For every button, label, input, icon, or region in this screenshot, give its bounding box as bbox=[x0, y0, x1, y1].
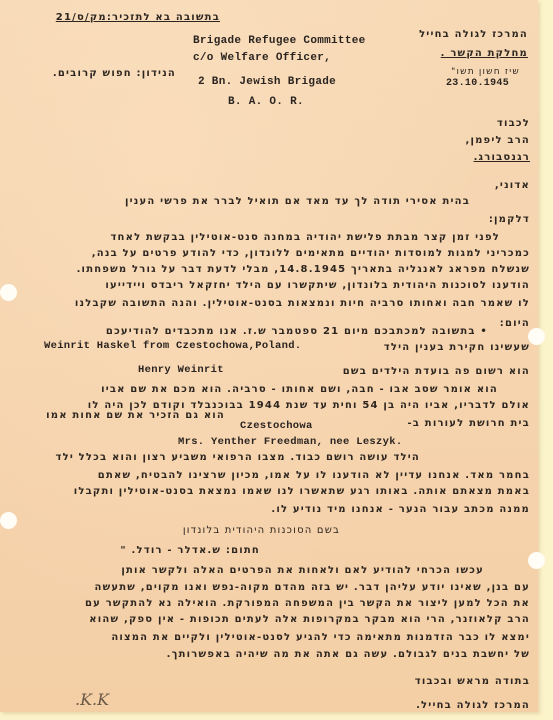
body-line: בחמר מאד. אנחנו עדיין לא הודענו לו על אמ… bbox=[18, 470, 530, 482]
hebrew-date: שיז חשון תשו" bbox=[420, 66, 520, 78]
body-line: עכשו הכרחי להודיע לאם ולאחות את הפרטים ה… bbox=[44, 565, 484, 577]
body-line: לו שאמר חבה ואחותו סרביה חיות ונמצאות בס… bbox=[18, 298, 530, 310]
body-line: הוא גם הזכיר את שם אחות אמו bbox=[35, 410, 225, 422]
city-english: Czestochowa bbox=[240, 420, 313, 432]
body-line: שעשינו חקירת בענין הילד bbox=[335, 342, 530, 354]
body-line: של יחשבת בנים לגבולם. עשה גם אתה את מה ש… bbox=[110, 649, 530, 661]
body-line: בית חרושת לעורות ב- bbox=[350, 418, 530, 430]
body-line: הוא אומר שסב אבו - חבה, ושם אחותו - סרבי… bbox=[18, 384, 498, 396]
letter-date: 23.10.1945 bbox=[446, 78, 509, 90]
signature-initials: .K.K bbox=[75, 690, 109, 709]
body-line: הילד עושה רושם כבוד. מצבו הרפואי משביע ר… bbox=[20, 452, 420, 464]
punch-hole bbox=[0, 284, 17, 301]
child-name-english: Weinrit Haskel from Czestochowa,Poland. bbox=[44, 340, 301, 352]
org-name: המרכז לגולה בחייל bbox=[400, 29, 528, 41]
body-line: באמת מצאתם אותה. באותו רגע שתאשרו לנו שא… bbox=[18, 486, 530, 498]
salutation: אדוני, bbox=[440, 180, 530, 192]
body-line: חתום: ש.אדלר - רודל. " bbox=[80, 545, 260, 557]
body-line: שנשלח מפראג לאנגליה בתאריך 14.8.1945, מב… bbox=[18, 264, 530, 276]
body-line: הרב קלאוזנר, הרי הוא מבקר במקרופות אלה ל… bbox=[40, 614, 530, 626]
closing-line-1: בתודה מראש ובכבוד bbox=[280, 676, 530, 688]
addressee-line-3: רגנסבורג. bbox=[440, 152, 530, 164]
intro-line: בהית אסירי תודה לך עד מאד אם תואיל לברר … bbox=[60, 196, 470, 208]
body-line: את הכל למען ליצור את הקשר בין המשפחה המפ… bbox=[40, 598, 530, 610]
english-header-line-2: c/o Welfare Officer, bbox=[193, 52, 331, 64]
department: מחלקת הקשר . bbox=[410, 48, 528, 60]
punch-hole bbox=[528, 328, 545, 345]
body-line: עם בנן, שאינו יודע עליהן דבר. יש בזה מהד… bbox=[18, 582, 530, 594]
body-line: ימצא לו כבר הזדמנות מתאימה כדי להגיע לסנ… bbox=[40, 632, 530, 644]
english-header-line-4: B. A. O. R. bbox=[228, 96, 304, 108]
english-header-line-1: Brigade Refugee Committee bbox=[193, 35, 366, 47]
intro-tail: דלקמן: bbox=[440, 214, 530, 226]
body-line: לפני זמן קצר מבתת פלישת יהודיה במחנה סנט… bbox=[30, 232, 500, 244]
reference-line: בתשובה בא לתזכיר:מק/ס/21 bbox=[40, 12, 220, 24]
letter-page: בתשובה בא לתזכיר:מק/ס/21 Brigade Refugee… bbox=[0, 0, 538, 712]
aunt-name-english: Mrs. Yenther Freedman, nee Leszyk. bbox=[178, 436, 402, 448]
english-header-line-3: 2 Bn. Jewish Brigade bbox=[198, 76, 336, 88]
body-line: בשם הסוכנות היהודית בלונדון bbox=[140, 525, 340, 537]
addressee-line-2: הרב ליפמן, bbox=[440, 135, 530, 147]
punch-hole bbox=[0, 512, 17, 529]
registered-name-english: Henry Weinrit bbox=[138, 364, 224, 376]
body-line: הוא רשום פה בועדת הילדים בשם bbox=[300, 366, 530, 378]
closing-line-2: המרכז לגולה בחייל. bbox=[280, 700, 530, 712]
body-line: ממנה מכתב עבור הנער - אנחנו מיד נודיע לו… bbox=[230, 504, 530, 516]
subject-line: הנידון: חפוש קרובים. bbox=[28, 68, 176, 80]
quote-line: • בתשובה למכתבכם מיום 21 ספטמבר ש.ז. אנו… bbox=[18, 326, 488, 338]
punch-hole bbox=[528, 552, 545, 569]
body-line: כמכריני למגות למוסדות יהודיים מתאימים לל… bbox=[18, 248, 530, 260]
addressee-line-1: לכבוד bbox=[440, 118, 530, 130]
body-line: הודענו לסוכנות היהודית בלונדון, שיתקשרו … bbox=[40, 280, 530, 292]
